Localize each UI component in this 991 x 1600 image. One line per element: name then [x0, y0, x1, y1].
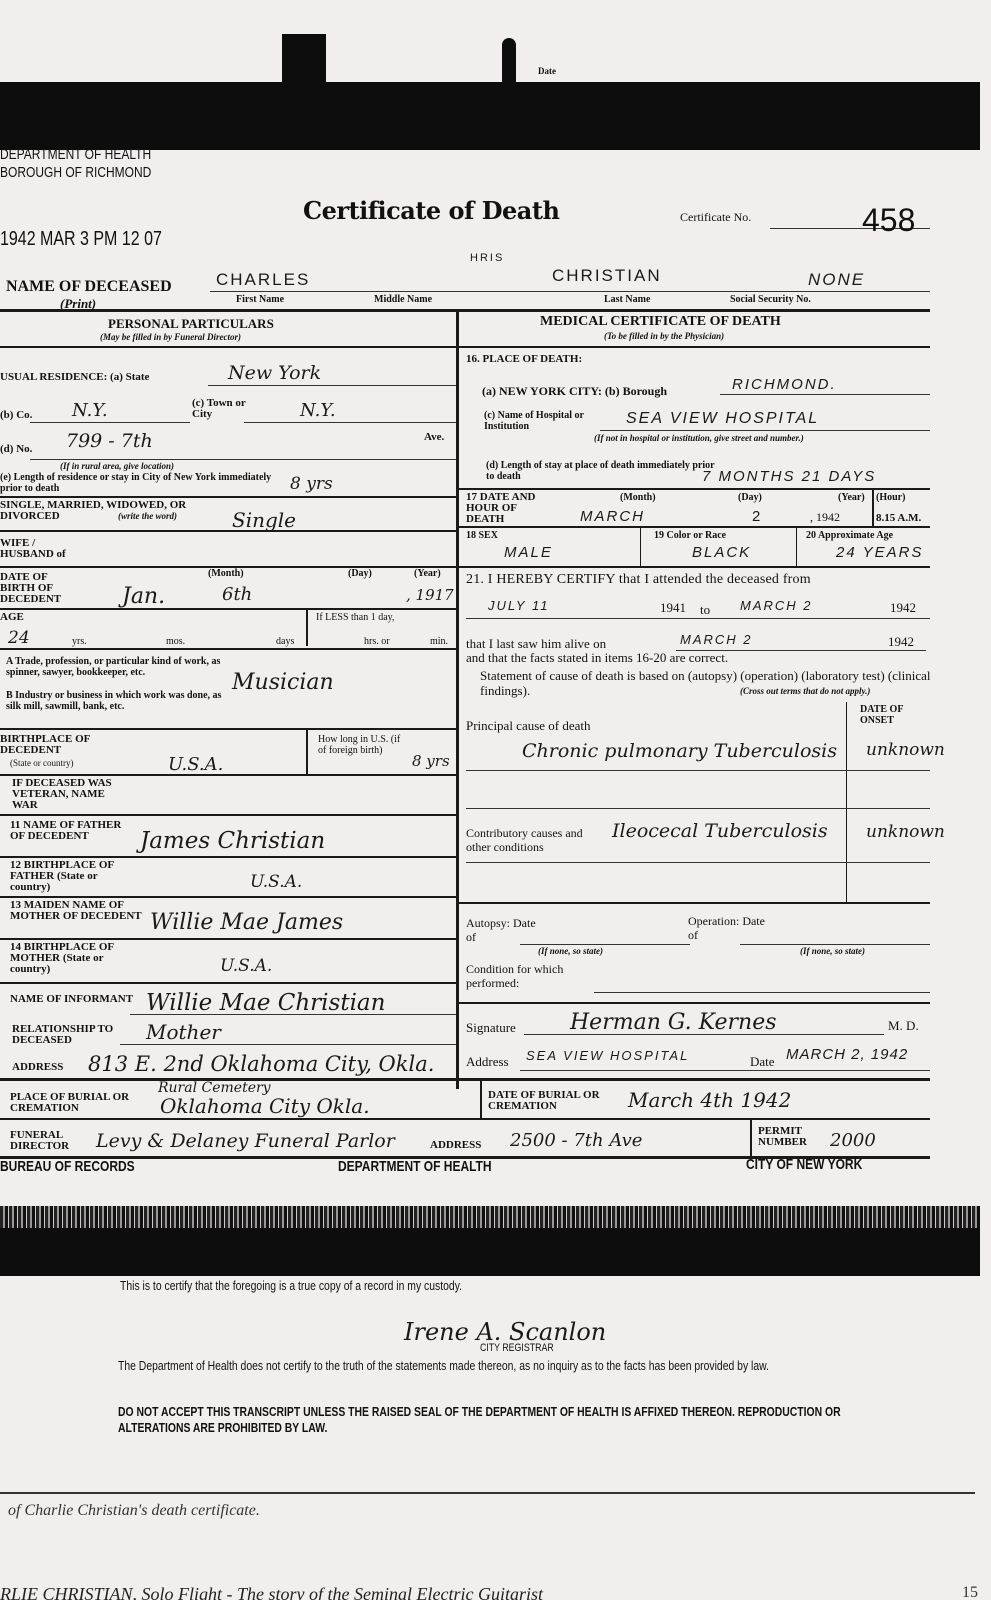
yrs-label: yrs. — [72, 636, 87, 647]
md-label: M. D. — [888, 1018, 919, 1034]
column-divider — [456, 309, 459, 1089]
certificate-no-label: Certificate No. — [680, 212, 751, 223]
relationship-label: RELATIONSHIP TO DECEASED — [12, 1024, 122, 1046]
date-signed-label: Date — [750, 1054, 775, 1070]
residence-label: USUAL RESIDENCE: (a) State — [0, 372, 149, 383]
dob-year-label: (Year) — [414, 568, 441, 579]
approx-age-value: 24 YEARS — [836, 544, 923, 561]
middle-annotation: HRIS — [470, 252, 504, 264]
signature-label: Signature — [466, 1020, 516, 1036]
middle-name-label: Middle Name — [374, 294, 432, 305]
death-hour-value: 8.15 A.M. — [876, 512, 921, 524]
birthplace-label: BIRTHPLACE OF DECEDENT — [0, 734, 110, 756]
place-of-death-label: 16. PLACE OF DEATH: — [466, 354, 582, 365]
age-label: AGE — [0, 612, 24, 623]
last-saw-value: MARCH 2 — [680, 632, 753, 647]
stay-value: 7 MONTHS 21 DAYS — [702, 468, 876, 485]
operation-label: Operation: Date of — [688, 914, 768, 942]
facts-label: and that the facts stated in items 16-20… — [466, 650, 728, 666]
hospital-value: SEA VIEW HOSPITAL — [626, 410, 819, 428]
cross-out-note: (Cross out terms that do not apply.) — [740, 686, 870, 696]
burial-place-label: PLACE OF BURIAL OR CREMATION — [10, 1092, 160, 1114]
borough-stamp: BOROUGH OF RICHMOND — [0, 164, 151, 181]
certify-copy-text: This is to certify that the foregoing is… — [120, 1278, 462, 1293]
department-of-health: DEPARTMENT OF HEALTH — [338, 1158, 492, 1175]
death-year-value: , 1942 — [810, 510, 840, 525]
personal-heading: PERSONAL PARTICULARS — [108, 316, 274, 332]
age-years-value: 24 — [8, 628, 30, 648]
hospital-label: (c) Name of Hospital or Institution — [484, 410, 604, 432]
death-month-value: MARCH — [580, 508, 645, 525]
figure-caption: of Charlie Christian's death certificate… — [8, 1502, 260, 1520]
number-label: (d) No. — [0, 444, 32, 455]
first-name-value: CHARLES — [216, 270, 310, 290]
burial-place-line2: Oklahoma City Okla. — [160, 1094, 370, 1118]
informant-label: NAME OF INFORMANT — [10, 994, 140, 1005]
contributory-cause-value: Ileocecal Tuberculosis — [612, 820, 828, 842]
top-redaction-band — [0, 82, 980, 150]
father-label: 11 NAME OF FATHER OF DECEDENT — [10, 820, 130, 842]
principal-onset-value: unknown — [866, 740, 945, 760]
director-address-value: 2500 - 7th Ave — [510, 1130, 642, 1151]
received-stamp: 1942 MAR 3 PM 12 07 — [0, 228, 162, 251]
mos-label: mos. — [166, 636, 185, 647]
seal-warning-text: DO NOT ACCEPT THIS TRANSCRIPT UNLESS THE… — [118, 1404, 886, 1436]
ssn-label: Social Security No. — [730, 294, 811, 305]
days-label: days — [276, 636, 294, 647]
mother-birthplace-label: 14 BIRTHPLACE OF MOTHER (State or countr… — [10, 942, 140, 975]
marital-value: Single — [232, 508, 296, 532]
principal-cause-value: Chronic pulmonary Tuberculosis — [522, 740, 837, 762]
death-day-value: 2 — [752, 508, 762, 525]
death-month-label: (Month) — [620, 492, 656, 503]
ssn-value: NONE — [808, 270, 865, 290]
principal-cause-label: Principal cause of death — [466, 718, 591, 734]
funeral-director-label: FUNERAL DIRECTOR — [10, 1130, 90, 1152]
dob-month-value: Jan. — [122, 584, 165, 609]
top-redaction-tab-left — [282, 34, 326, 84]
autopsy-if-none-note: (If none, so state) — [538, 946, 603, 956]
borough-value: RICHMOND. — [732, 376, 837, 393]
last-name-label: Last Name — [604, 294, 650, 305]
contributory-label: Contributory causes and other conditions — [466, 826, 606, 854]
spouse-label: WIFE / HUSBAND of — [0, 538, 90, 560]
informant-value: Willie Mae Christian — [146, 990, 385, 1016]
physician-signature: Herman G. Kernes — [570, 1010, 777, 1035]
informant-address-value: 813 E. 2nd Oklahoma City, Okla. — [88, 1052, 434, 1076]
min-label: min. — [430, 636, 448, 647]
date-signed-value: MARCH 2, 1942 — [786, 1046, 908, 1063]
registrar-title: CITY REGISTRAR — [480, 1342, 554, 1354]
medical-subheading: (To be filled in by the Physician) — [604, 331, 724, 341]
funeral-director-value: Levy & Delaney Funeral Parlor — [96, 1130, 395, 1152]
informant-address-label: ADDRESS — [12, 1062, 63, 1073]
running-footer: RLIE CHRISTIAN, Solo Flight - The story … — [0, 1584, 543, 1600]
bottom-redaction-band — [0, 1228, 980, 1276]
birthplace-value: U.S.A. — [168, 754, 223, 775]
race-value: BLACK — [692, 544, 751, 561]
director-address-label: ADDRESS — [430, 1140, 481, 1151]
city-of-new-york: CITY OF NEW YORK — [746, 1156, 862, 1173]
operation-if-none-note: (If none, so state) — [800, 946, 865, 956]
certify-label: 21. I HEREBY CERTIFY that I attended the… — [466, 572, 811, 588]
how-long-value: 8 yrs — [412, 752, 450, 770]
stay-label: (d) Length of stay at place of death imm… — [486, 460, 716, 482]
department-stamp: DEPARTMENT OF HEALTH — [0, 146, 151, 163]
mother-value: Willie Mae James — [150, 910, 343, 935]
trade-value: Musician — [232, 670, 334, 695]
attended-from-year: 1941 — [660, 600, 686, 616]
condition-label: Condition for which performed: — [466, 962, 596, 990]
dob-day-value: 6th — [222, 584, 252, 605]
county-label: (b) Co. — [0, 410, 32, 421]
burial-date-label: DATE OF BURIAL OR CREMATION — [488, 1090, 628, 1112]
hospital-note: (If not in hospital or institution, give… — [594, 433, 804, 443]
dob-year-value: , 1917 — [406, 586, 454, 604]
attended-to-value: MARCH 2 — [740, 598, 813, 613]
last-saw-year: 1942 — [888, 634, 914, 650]
last-name-value: CHRISTIAN — [552, 266, 662, 286]
dob-day-label: (Day) — [348, 568, 372, 579]
father-birthplace-label: 12 BIRTHPLACE OF FATHER (State or countr… — [10, 860, 140, 893]
attended-from-value: JULY 11 — [488, 598, 549, 613]
sex-value: MALE — [504, 544, 553, 561]
less-than-day-label: If LESS than 1 day, — [316, 612, 395, 623]
dob-label: DATE OF BIRTH OF DECEDENT — [0, 572, 82, 605]
statement-label: Statement of cause of death is based on … — [480, 668, 940, 698]
county-value: N.Y. — [72, 400, 108, 421]
veteran-label: IF DECEASED WAS VETERAN, NAME WAR — [12, 778, 122, 811]
rural-note: (If in rural area, give location) — [60, 461, 174, 471]
physician-address-value: SEA VIEW HOSPITAL — [526, 1048, 689, 1063]
father-birthplace-value: U.S.A. — [250, 872, 302, 892]
to-label: to — [700, 602, 710, 618]
birthplace-note: (State or country) — [10, 758, 73, 768]
death-day-label: (Day) — [738, 492, 762, 503]
page-number: 15 — [962, 1584, 978, 1600]
attended-to-year: 1942 — [890, 600, 916, 616]
industry-label: B Industry or business in which work was… — [6, 690, 226, 712]
contributory-onset-value: unknown — [866, 822, 945, 842]
sex-label: 18 SEX — [466, 530, 498, 541]
marital-note: (write the word) — [118, 511, 177, 521]
burial-date-value: March 4th 1942 — [628, 1088, 791, 1112]
death-year-label: (Year) — [838, 492, 865, 503]
mother-birthplace-value: U.S.A. — [220, 956, 272, 976]
top-redaction-tab-right — [502, 38, 516, 84]
medical-heading: MEDICAL CERTIFICATE OF DEATH — [540, 314, 781, 330]
trade-label: A Trade, profession, or particular kind … — [6, 656, 226, 678]
marital-label: SINGLE, MARRIED, WIDOWED, OR DIVORCED — [0, 500, 230, 522]
town-value: N.Y. — [300, 400, 336, 421]
father-value: James Christian — [140, 828, 325, 854]
dob-month-label: (Month) — [208, 568, 244, 579]
ave-label: Ave. — [424, 432, 444, 443]
relationship-value: Mother — [146, 1020, 221, 1044]
nyc-borough-label: (a) NEW YORK CITY: (b) Borough — [482, 386, 667, 397]
bureau-of-records: BUREAU OF RECORDS — [0, 1158, 135, 1175]
mother-label: 13 MAIDEN NAME OF MOTHER OF DECEDENT — [10, 900, 150, 922]
length-label: (e) Length of residence or stay in City … — [0, 472, 280, 494]
length-value: 8 yrs — [290, 474, 333, 494]
race-label: 19 Color or Race — [654, 530, 726, 541]
date-of-death-label: 17 DATE AND HOUR OF DEATH — [466, 492, 556, 525]
permit-label: PERMIT NUMBER — [758, 1126, 818, 1148]
hrs-label: hrs. or — [364, 636, 390, 647]
date-label: Date — [538, 66, 556, 76]
how-long-label: How long in U.S. (if of foreign birth) — [318, 734, 408, 756]
residence-state-value: New York — [228, 362, 321, 384]
approx-age-label: 20 Approximate Age — [806, 530, 893, 541]
name-label: NAME OF DECEASED — [6, 278, 172, 296]
certificate-number: 458 — [862, 202, 915, 239]
certificate-title: Certificate of Death — [303, 196, 559, 225]
onset-label: DATE OF ONSET — [860, 704, 920, 726]
number-value: 799 - 7th — [66, 430, 153, 452]
permit-value: 2000 — [830, 1130, 876, 1151]
disclaimer-text: The Department of Health does not certif… — [118, 1358, 886, 1374]
death-hour-label: (Hour) — [876, 492, 905, 503]
personal-subheading: (May be filled in by Funeral Director) — [100, 332, 241, 342]
bottom-redaction-band-speckle — [0, 1206, 980, 1230]
autopsy-label: Autopsy: Date of — [466, 916, 546, 944]
first-name-label: First Name — [236, 294, 284, 305]
town-label: (c) Town or City — [192, 398, 252, 420]
physician-address-label: Address — [466, 1054, 509, 1070]
